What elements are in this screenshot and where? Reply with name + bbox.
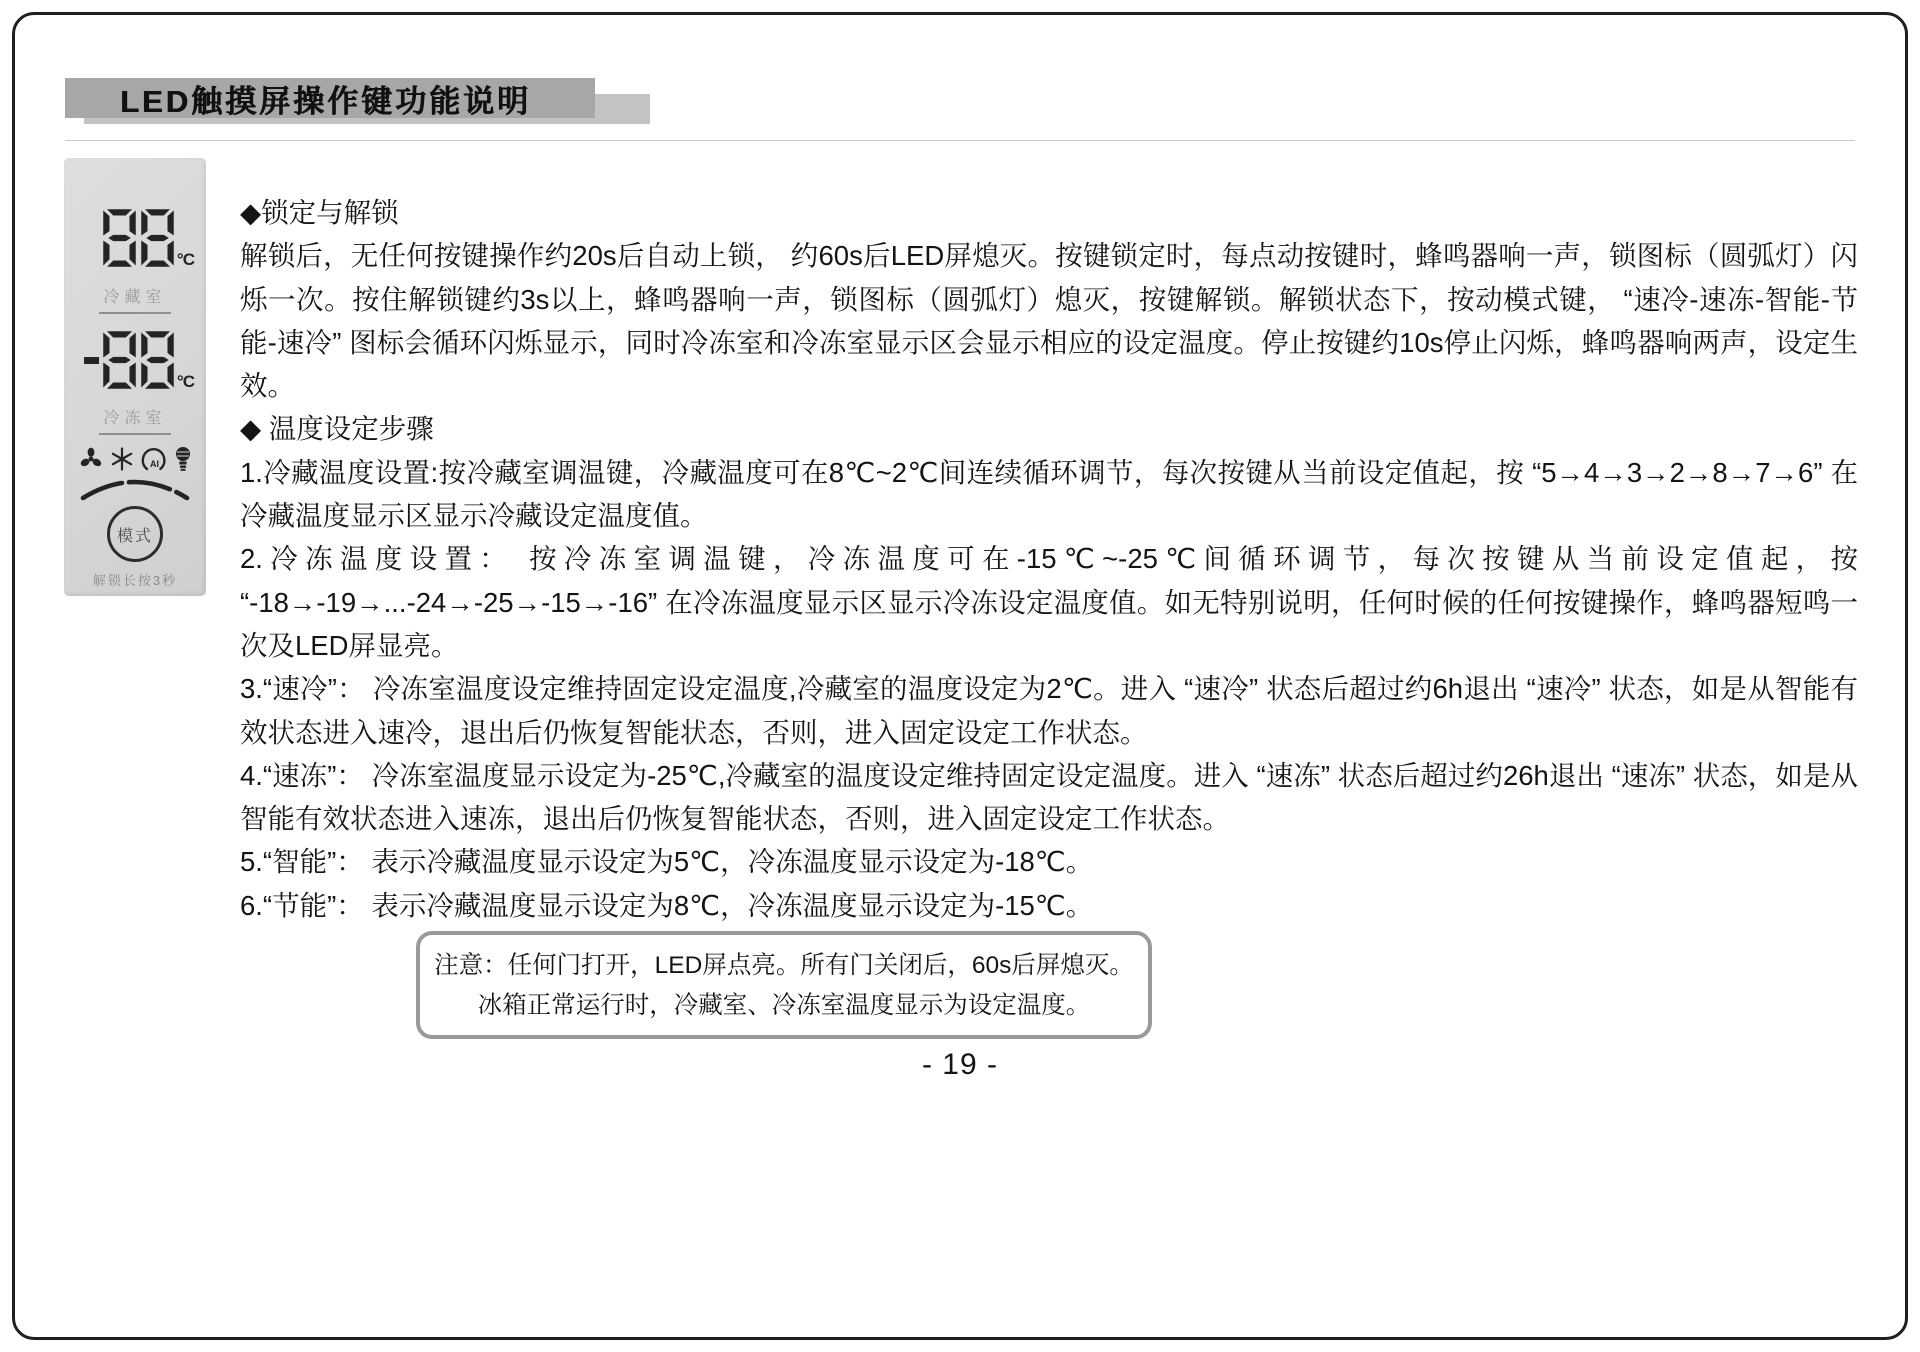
header-divider xyxy=(65,140,1855,141)
freezer-label: 冷冻室 xyxy=(64,405,206,435)
minus-sign xyxy=(84,357,99,364)
ai-smart-head-icon: AI xyxy=(141,446,168,472)
seven-segment-digit-8 xyxy=(140,330,175,390)
note-box: 注意：任何门打开，LED屏点亮。所有门关闭后，60s后屏熄灭。 冰箱正常运行时，… xyxy=(416,931,1152,1039)
seven-segment-digit-8 xyxy=(102,330,137,390)
paragraph-quick-freeze-mode: 4.“速冻”： 冷冻室温度显示设定为-25℃,冷藏室的温度设定维持固定设定温度。… xyxy=(240,754,1858,841)
note-line-1: 注意：任何门打开，LED屏点亮。所有门关闭后，60s后屏熄灭。 xyxy=(434,947,1134,984)
lock-arc-light-icon xyxy=(77,474,193,502)
note-line-2: 冰箱正常运行时，冷藏室、冷冻室温度显示为设定温度。 xyxy=(478,987,1091,1024)
fridge-label: 冷藏室 xyxy=(64,284,206,314)
section-heading-temp-steps: ◆ 温度设定步骤 xyxy=(240,407,1858,450)
seven-segment-digits xyxy=(102,330,175,390)
fridge-temp-display: °C xyxy=(102,208,194,268)
section-heading-lock-unlock: ◆锁定与解锁 xyxy=(240,191,1858,234)
seven-segment-digit-8 xyxy=(140,208,175,268)
fridge-degree-unit: °C xyxy=(177,250,194,270)
header-bar: LED触摸屏操作键功能说明 xyxy=(65,78,595,118)
bulb-energy-saving-icon xyxy=(175,446,191,472)
paragraph-smart-mode: 5.“智能”： 表示冷藏温度显示设定为5℃，冷冻温度显示设定为-18℃。 xyxy=(240,840,1858,883)
seven-segment-digits xyxy=(102,208,175,268)
freezer-degree-unit: °C xyxy=(177,372,194,392)
paragraph-freezer-temp-setting: 2.冷冻温度设置： 按冷冻室调温键，冷冻温度可在-15℃~-25℃间循环调节，每… xyxy=(240,537,1858,667)
paragraph-lock-unlock: 解锁后，无任何按键操作约20s后自动上锁， 约60s后LED屏熄灭。按键锁定时，… xyxy=(240,234,1858,407)
mode-icon-row: AI xyxy=(64,446,206,472)
fan-quick-cool-icon xyxy=(79,447,103,471)
page-number: - 19 - xyxy=(0,1048,1920,1082)
instructions-content: ◆锁定与解锁 解锁后，无任何按键操作约20s后自动上锁， 约60s后LED屏熄灭… xyxy=(240,191,1858,927)
unlock-hint: 解锁长按3秒 xyxy=(64,570,206,589)
manual-page: LED触摸屏操作键功能说明 °C xyxy=(0,0,1920,1352)
mode-button-label: 模式 xyxy=(117,523,153,546)
paragraph-quick-cool-mode: 3.“速冷”： 冷冻室温度设定维持固定设定温度,冷藏室的温度设定为2℃。进入 “… xyxy=(240,667,1858,754)
page-title: LED触摸屏操作键功能说明 xyxy=(65,76,531,121)
seven-segment-digit-8 xyxy=(102,208,137,268)
paragraph-energy-saving-mode: 6.“节能”： 表示冷藏温度显示设定为8℃，冷冻温度显示设定为-15℃。 xyxy=(240,884,1858,927)
mode-button: 模式 xyxy=(107,506,163,562)
snowflake-quick-freeze-icon xyxy=(110,447,134,471)
svg-text:AI: AI xyxy=(150,459,159,469)
paragraph-fridge-temp-setting: 1.冷藏温度设置:按冷藏室调温键，冷藏温度可在8℃~2℃间连续循环调节，每次按键… xyxy=(240,451,1858,538)
freezer-temp-display: °C xyxy=(84,330,194,390)
led-panel-illustration: °C 冷藏室 °C xyxy=(64,158,206,596)
